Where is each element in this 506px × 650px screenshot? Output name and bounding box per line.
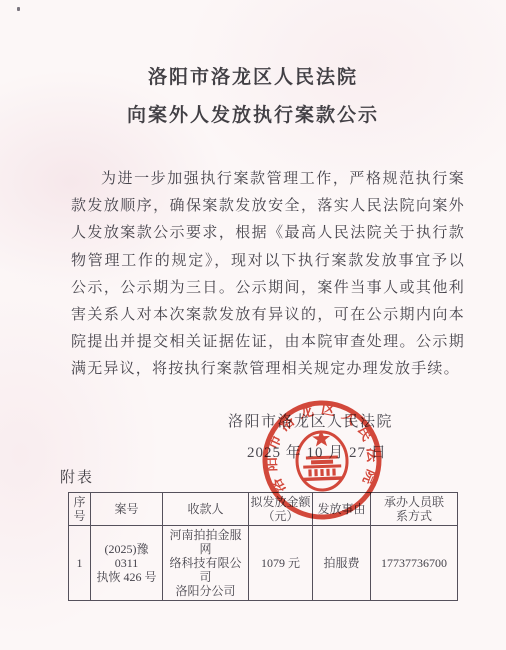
- cell-seq: 1: [69, 526, 91, 601]
- cell-reason: 拍服费: [313, 526, 371, 601]
- header-payee: 收款人: [163, 493, 249, 526]
- header-seq: 序 号: [69, 493, 91, 526]
- attachment-label: 附表: [60, 466, 94, 487]
- seal-ring-text-holder: 洛阳市洛龙区人民法院: [260, 398, 382, 497]
- seal-ring-text: 洛阳市洛龙区人民法院: [260, 398, 382, 497]
- header-case-no: 案号: [91, 493, 163, 526]
- cell-contact: 17737736700: [371, 526, 458, 601]
- court-title: 洛阳市洛龙区人民法院: [0, 62, 506, 89]
- table-row: 1 (2025)豫 0311 执恢 426 号 河南拍拍金服网 络科技有限公司 …: [69, 526, 458, 601]
- official-court-seal: 洛阳市洛龙区人民法院: [250, 388, 395, 533]
- notice-body: 为进一步加强执行案款管理工作，严格规范执行案款发放顺序，确保案款发放安全，落实人…: [71, 166, 465, 384]
- cell-amount: 1079 元: [249, 526, 313, 601]
- scan-speck: [17, 7, 20, 11]
- notice-page: 洛阳市洛龙区人民法院 向案外人发放执行案款公示 为进一步加强执行案款管理工作，严…: [0, 0, 506, 650]
- notice-title: 向案外人发放执行案款公示: [0, 100, 506, 127]
- seal-gate-icon: [302, 455, 343, 481]
- cell-payee: 河南拍拍金服网 络科技有限公司 洛阳分公司: [163, 526, 249, 601]
- cell-case-no: (2025)豫 0311 执恢 426 号: [91, 526, 163, 601]
